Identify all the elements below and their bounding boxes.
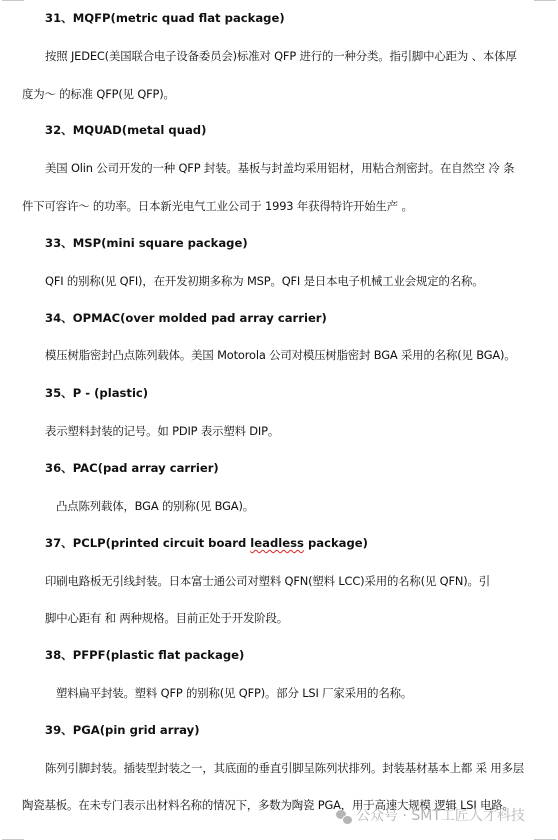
- entry-text-line: 模压树脂密封凸点陈列载体。美国 Motorola 公司对模压树脂密封 BGA 采…: [45, 347, 516, 363]
- entry-term-desc: (metric quad flat package): [111, 11, 285, 25]
- entry-heading-32: 32、MQUAD(metal quad): [45, 122, 206, 138]
- entry-heading-31: 31、MQFP(metric quad flat package): [45, 10, 285, 26]
- entry-term: P: [73, 386, 82, 400]
- entry-term: MQUAD: [73, 123, 122, 137]
- entry-term-desc-end: package): [304, 536, 368, 550]
- entry-text-line: 塑料扁平封装。塑料 QFP 的别称(见 QFP)。部分 LSI 厂家采用的名称。: [56, 685, 412, 701]
- entry-term-desc: (pad array carrier): [98, 461, 219, 475]
- page-corner-top-left: [2, 0, 24, 1]
- entry-text-line: QFI 的别称(见 QFI)，在开发初期多称为 MSP。QFI 是日本电子机械工…: [45, 273, 483, 289]
- spellcheck-flagged-word[interactable]: leadless: [250, 536, 304, 550]
- entry-heading-33: 33、MSP(mini square package): [45, 235, 248, 251]
- entry-text-line: 件下可容许～ 的功率。日本新光电气工业公司于 1993 年获得特许开始生产 。: [22, 198, 413, 214]
- entry-term-desc: (metal quad): [122, 123, 207, 137]
- entry-text-line: 美国 Olin 公司开发的一种 QFP 封装。基板与封盖均采用铝材，用粘合剂密封…: [45, 160, 514, 176]
- entry-term: PGA: [73, 723, 100, 737]
- entry-number: 35、: [45, 386, 73, 400]
- entry-text-line: 表示塑料封装的记号。如 PDIP 表示塑料 DIP。: [45, 423, 279, 439]
- entry-heading-38: 38、PFPF(plastic flat package): [45, 647, 244, 663]
- entry-heading-35: 35、P - (plastic): [45, 385, 148, 401]
- wechat-icon: [336, 810, 352, 823]
- page-corner-top-right: [534, 0, 556, 1]
- entry-number: 38、: [45, 648, 73, 662]
- entry-term: PFPF: [73, 648, 106, 662]
- entry-text-line: 凸点陈列载体，BGA 的别称(见 BGA)。: [56, 498, 254, 514]
- entry-term-desc: (pin grid array): [100, 723, 200, 737]
- entry-heading-36: 36、PAC(pad array carrier): [45, 460, 219, 476]
- entry-heading-37: 37、PCLP(printed circuit board leadless p…: [45, 535, 368, 551]
- entry-heading-34: 34、OPMAC(over molded pad array carrier): [45, 310, 327, 326]
- entry-text-line: 陈列引脚封装。插装型封装之一，其底面的垂直引脚呈陈列状排列。封装基材基本上都 采…: [45, 760, 524, 776]
- entry-text-line: 按照 JEDEC(美国联合电子设备委员会)标准对 QFP 进行的一种分类。指引脚…: [45, 48, 517, 64]
- entry-term: MSP: [73, 236, 101, 250]
- entry-text-line: 度为～ 的标准 QFP(见 QFP)。: [22, 86, 175, 102]
- entry-number: 34、: [45, 311, 73, 325]
- entry-number: 39、: [45, 723, 73, 737]
- entry-term: PAC: [73, 461, 98, 475]
- entry-heading-39: 39、PGA(pin grid array): [45, 722, 200, 738]
- entry-term: PCLP: [73, 536, 106, 550]
- entry-number: 32、: [45, 123, 73, 137]
- entry-number: 37、: [45, 536, 73, 550]
- entry-term-desc: (over molded pad array carrier): [120, 311, 327, 325]
- entry-text-line: 脚中心距有 和 两种规格。目前正处于开发阶段。: [45, 610, 288, 626]
- entry-term-desc: (mini square package): [101, 236, 248, 250]
- entry-number: 31、: [45, 11, 73, 25]
- watermark-text: 公众号 · SMT工匠人才科技: [356, 807, 525, 825]
- entry-term-desc: - (plastic): [81, 386, 148, 400]
- entry-term: OPMAC: [73, 311, 120, 325]
- watermark: 公众号 · SMT工匠人才科技: [336, 807, 525, 825]
- entry-text-line: 印刷电路板无引线封装。日本富士通公司对塑料 QFN(塑料 LCC)采用的名称(见…: [45, 573, 490, 589]
- entry-number: 36、: [45, 461, 73, 475]
- entry-term-desc: (printed circuit board: [106, 536, 251, 550]
- entry-term: MQFP: [73, 11, 111, 25]
- entry-number: 33、: [45, 236, 73, 250]
- entry-term-desc: (plastic flat package): [106, 648, 245, 662]
